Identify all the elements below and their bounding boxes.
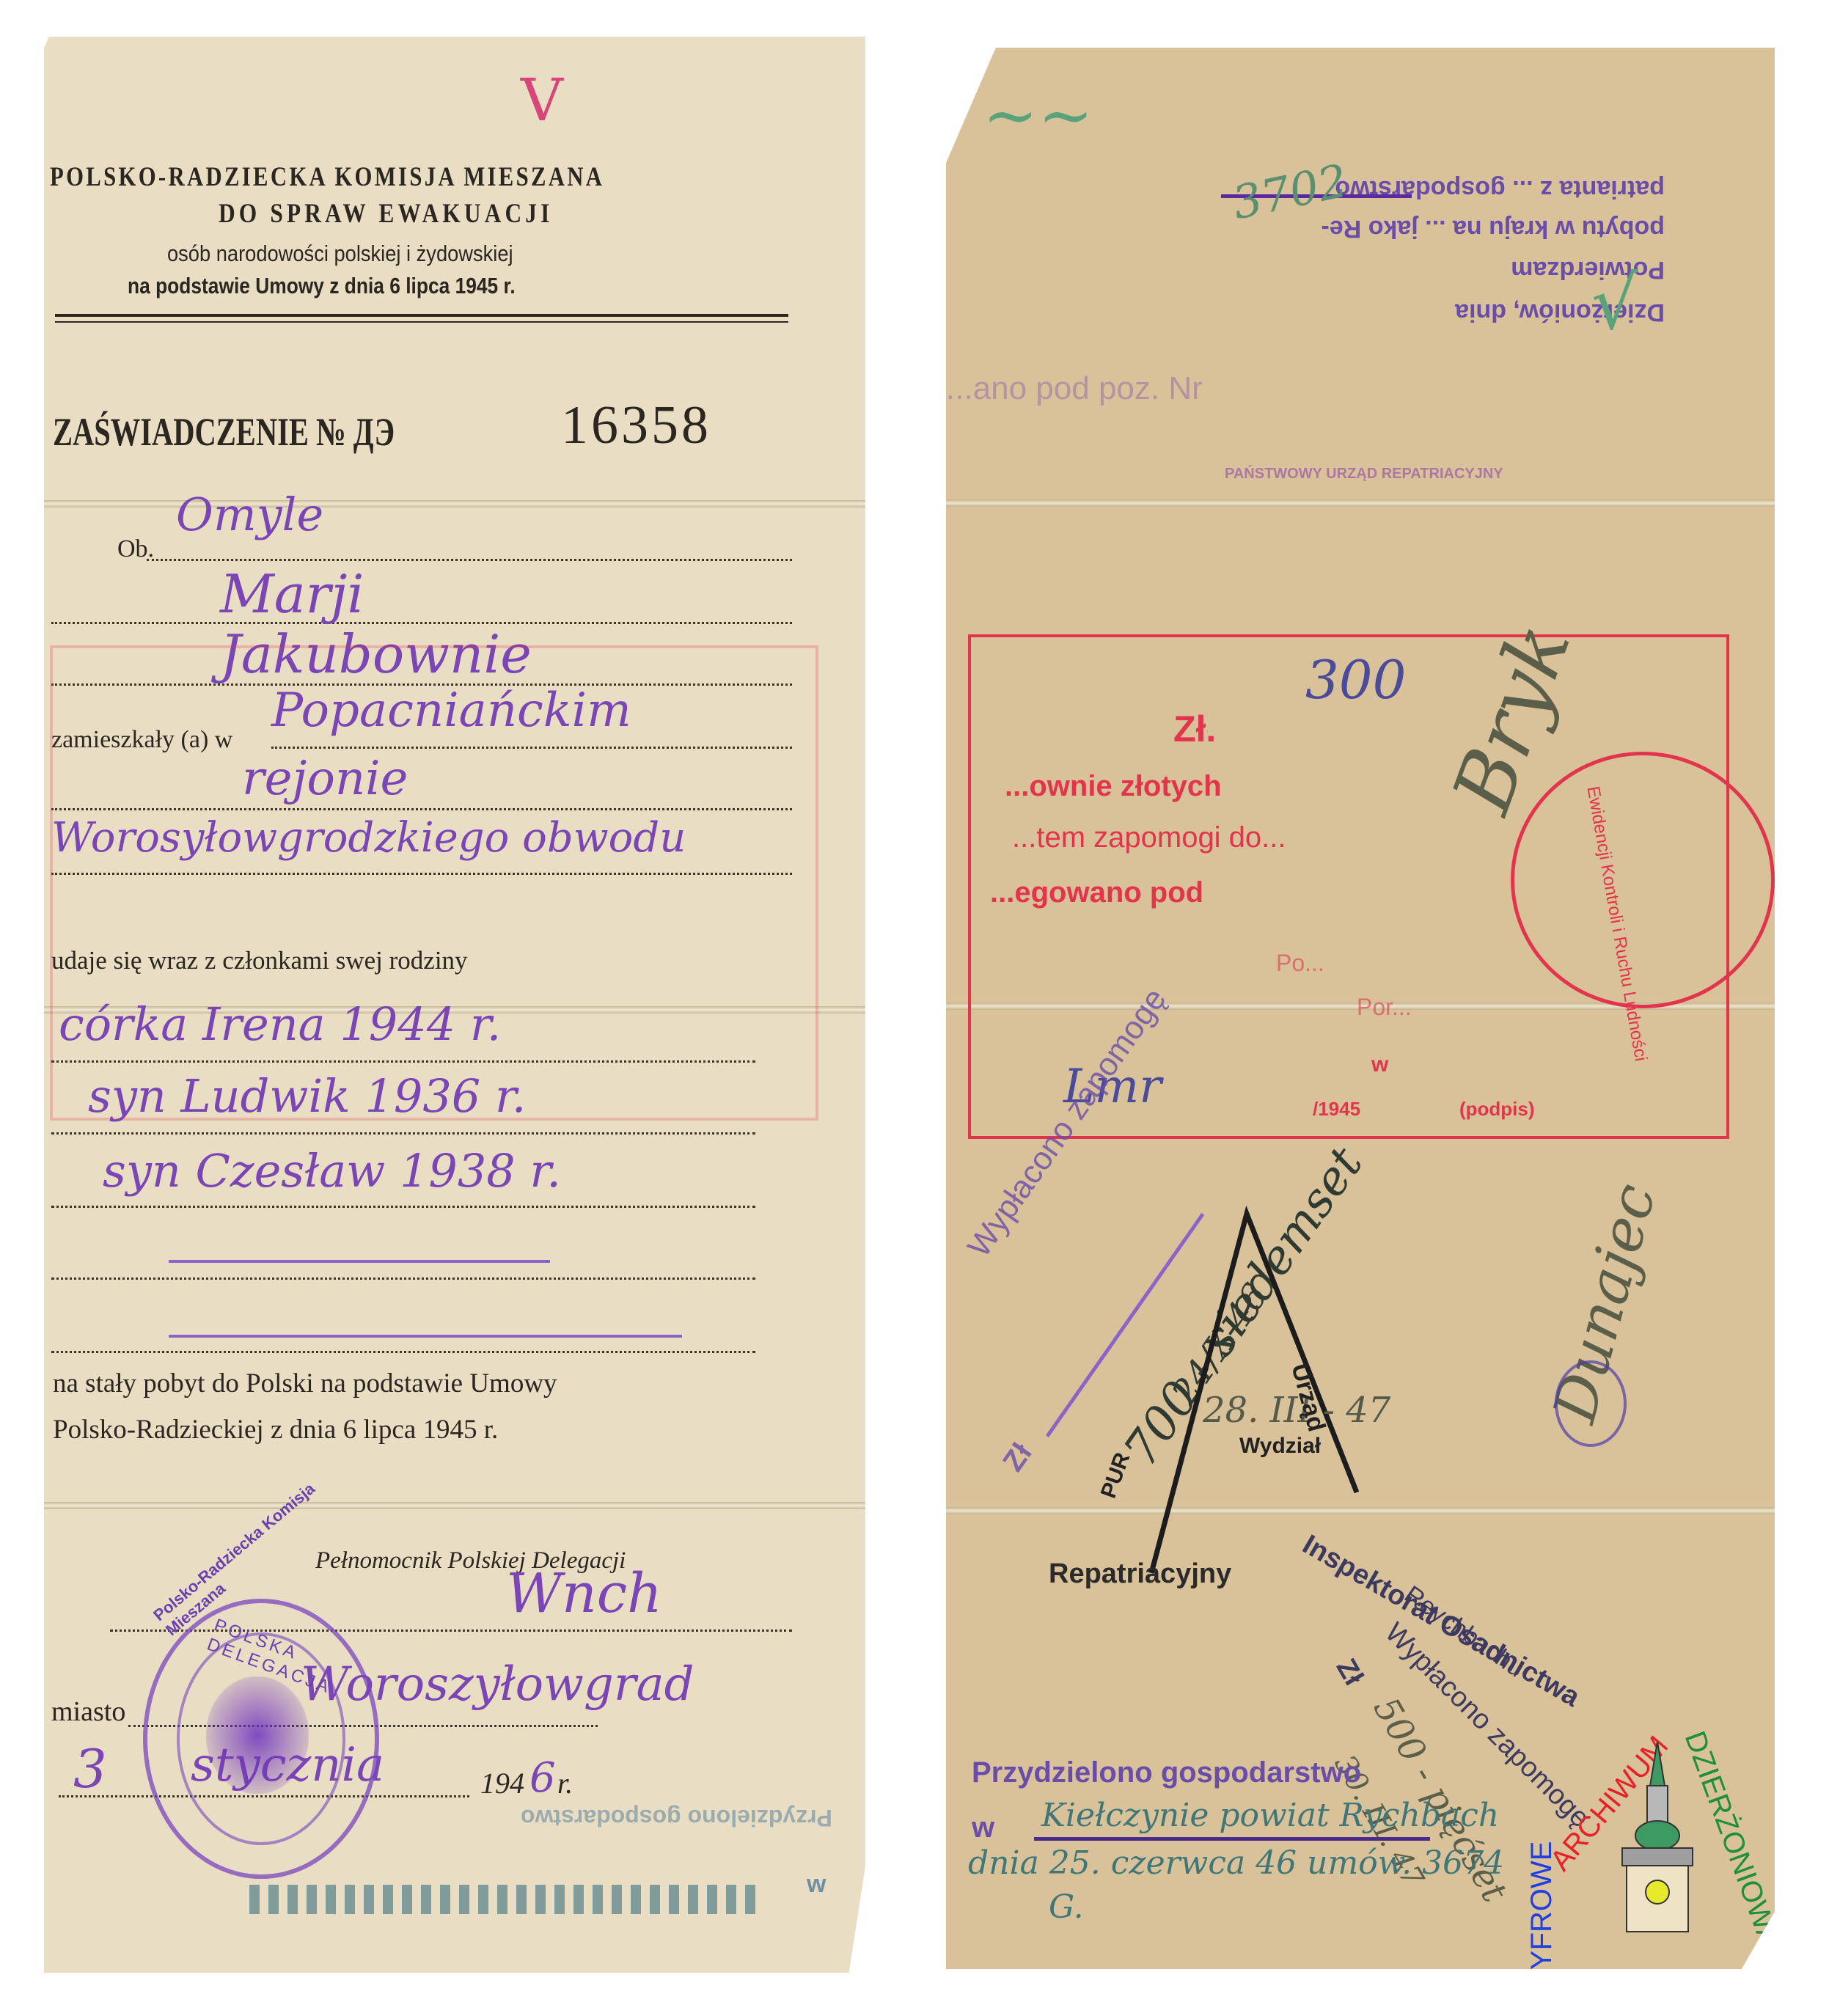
dotted-line <box>51 1278 755 1280</box>
certificate-back: Dzierżoniów, dnia Potwierdzam pobytu w k… <box>946 48 1775 1969</box>
red-line2: ...ownie złotych <box>1005 770 1222 803</box>
red-w-label: w <box>1371 1052 1388 1077</box>
destination-line2: Polsko-Radzieckiej z dnia 6 lipca 1945 r… <box>53 1414 498 1445</box>
black-stamp-line3: Repatriacyjny <box>1049 1558 1231 1590</box>
header-rule <box>55 314 788 317</box>
family-label: udaje się wraz z członkami swej rodziny <box>51 946 468 975</box>
dotted-line <box>147 559 792 561</box>
certificate-front: V POLSKO-RADZIECKA KOMISJA MIESZANA DO S… <box>44 37 865 1973</box>
faded-handwriting <box>249 1885 763 1914</box>
stamp-line: Potwierdzam <box>1511 255 1665 284</box>
fold-line <box>44 500 865 507</box>
dotted-line <box>51 1132 755 1135</box>
black-stamp-line1: PUR <box>1096 1449 1136 1501</box>
przydzielono-w: w <box>972 1811 994 1844</box>
destination-line1: na stały pobyt do Polski na podstawie Um… <box>53 1368 557 1399</box>
strike-line <box>169 1260 550 1263</box>
family-member: syn Czesław 1938 r. <box>103 1144 561 1198</box>
przydzielono-location: Kiełczynie powiat Rychbach <box>1041 1797 1499 1834</box>
certificate-label: ZAŚWIADCZENIE № ДЭ <box>53 409 395 455</box>
black-stamp-line2: Wydział <box>1239 1434 1321 1459</box>
header-line2: DO SPRAW EWAKUACJI <box>219 198 553 230</box>
eagle-emblem-icon <box>206 1676 309 1794</box>
date-r: r. <box>557 1766 573 1800</box>
date-year-suffix: 6 <box>529 1754 556 1802</box>
family-member: córka Irena 1944 r. <box>59 997 501 1051</box>
city-label: miasto <box>51 1696 125 1728</box>
green-scribble: ~~ <box>983 77 1093 154</box>
watermark-left: CYFROWE <box>1525 1841 1558 1991</box>
red-line6: Por... <box>1357 994 1412 1021</box>
red-line3: ...tem zapomogi do... <box>1012 821 1286 854</box>
header-rule <box>55 321 788 323</box>
fold-line <box>44 1502 865 1509</box>
przydzielono-label: Przydzielono gospodarstwo <box>972 1756 1361 1789</box>
dotted-line <box>51 1206 755 1208</box>
strike-line <box>169 1335 682 1338</box>
seal-text: Polsko-Radziecka Komisja Mieszana <box>150 1474 337 1640</box>
faded-stamp-w: w <box>807 1870 826 1899</box>
faded-stamp-text: Przydzielono gospodarstwo <box>521 1804 832 1831</box>
stamp-line: pobytu w kraju na ... jako Re- <box>1321 214 1665 243</box>
red-line5: Po... <box>1276 950 1324 977</box>
small-violet-stamp <box>1555 1360 1627 1447</box>
osad-zl-label: Zł <box>1330 1654 1369 1691</box>
check-mark: √ <box>1591 260 1638 346</box>
fold-line <box>946 499 1775 507</box>
red-zl-value: 300 <box>1305 649 1406 711</box>
check-mark: V <box>521 66 563 134</box>
ob-value: Omyle <box>176 488 323 541</box>
header-line1: POLSKO-RADZIECKA KOMISJA MIESZANA <box>50 161 604 193</box>
header-line3: osób narodowości polskiej i żydowskiej <box>167 241 513 267</box>
violet-zl-label: Zł <box>997 1437 1038 1478</box>
family-member: syn Ludwik 1936 r. <box>88 1069 526 1123</box>
przydzielono-initial: G. <box>1049 1888 1084 1926</box>
town-hall-tower-icon <box>1613 1742 1701 1932</box>
red-zl-label: Zł. <box>1173 708 1216 750</box>
date-day: 3 <box>73 1738 107 1800</box>
red-line4: ...egowano pod <box>990 876 1203 909</box>
dotted-line <box>51 1060 755 1063</box>
red-podpis: (podpis) <box>1459 1098 1535 1121</box>
delegate-signature: Wnch <box>506 1562 662 1625</box>
red-year: /1945 <box>1313 1098 1360 1121</box>
header-line4: na podstawie Umowy z dnia 6 lipca 1945 r… <box>128 273 516 299</box>
archive-watermark: ARCHIWUM CYFROWE DZIERŻONIOWA <box>1533 1683 1753 2006</box>
dotted-line <box>51 1351 755 1353</box>
przydzielono-date: dnia 25. czerwca 46 umów. 3674 <box>968 1844 1504 1882</box>
name-line2: Marji <box>220 563 364 625</box>
date-year-prefix: 194 <box>480 1766 524 1800</box>
faded-stamp-small: PAŃSTWOWY URZĄD REPATRIACYJNY <box>1225 466 1503 483</box>
certificate-number: 16358 <box>561 395 711 457</box>
stamp-line: patrianta z ... gospodarstwo <box>1335 175 1665 203</box>
polish-delegation-seal: Polsko-Radziecka Komisja Mieszana POLSKA… <box>143 1599 379 1879</box>
round-red-stamp: Ewidencji Kontroli i Ruchu Ludności <box>1511 752 1775 1008</box>
faded-stamp-text: ...ano pod poz. Nr <box>946 370 1203 407</box>
przydzielono-underline <box>1034 1837 1430 1841</box>
